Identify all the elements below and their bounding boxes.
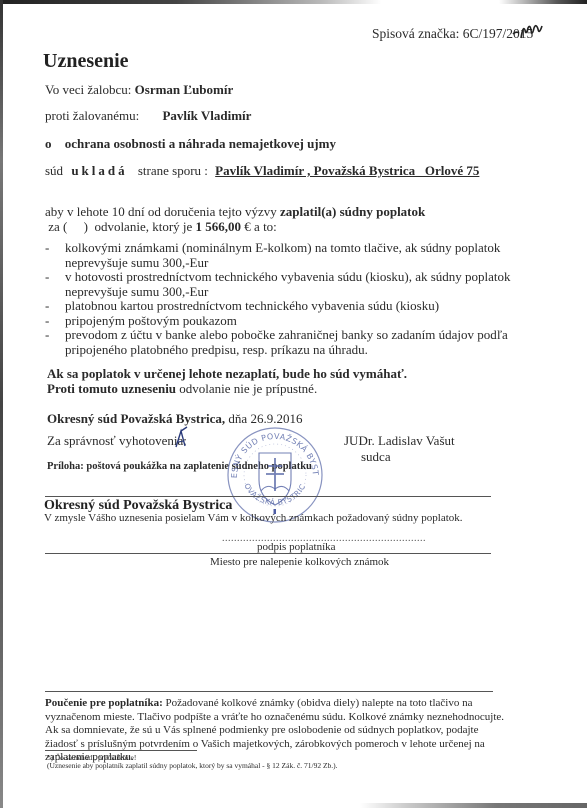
list-dash: - <box>45 270 49 285</box>
scan-edge-left <box>0 0 3 808</box>
defendant-name: Pavlík Vladimír <box>162 108 251 123</box>
appeal-notice: Proti tomuto uzneseniu odvolanie nie je … <box>47 381 317 397</box>
svg-text:OKRESNÝ SÚD POVAŽSKÁ BYSTRICA: OKRESNÝ SÚD POVAŽSKÁ BYSTRICA <box>225 425 320 478</box>
stamp-placement-label: Miesto pre nalepenie kolkových známok <box>210 556 389 568</box>
handwritten-signature-icon <box>173 426 189 448</box>
defendant-label: proti žalovanému: <box>45 108 139 123</box>
list-dash: - <box>45 314 49 329</box>
payment-method-text: pripojeným poštovým poukazom <box>65 313 237 328</box>
divider <box>45 691 493 692</box>
para-text-3: € a to: <box>241 219 277 234</box>
seal-top-text: OKRESNÝ SÚD POVAŽSKÁ BYSTRICA <box>225 425 320 478</box>
appeal-bold: Proti tomuto uzneseniu <box>47 381 176 396</box>
court-seal-icon: OKRESNÝ SÚD POVAŽSKÁ BYSTRICA POVAŽSKÁ B… <box>225 425 325 525</box>
scan-edge-bottom <box>360 803 587 808</box>
court-party-label: strane sporu : <box>138 163 208 178</box>
payment-method-item: -v hotovosti prostredníctvom technického… <box>45 270 515 299</box>
court-verb: ukladá <box>71 163 127 178</box>
subject-text: ochrana osobnosti a náhrada nemajetkovej… <box>65 136 336 151</box>
fee-amount: 1 566,00 <box>196 219 242 234</box>
correctness-label: Za správnosť vyhotovenia: <box>47 433 187 449</box>
footnote-divider <box>45 750 197 751</box>
handwritten-initial-icon <box>512 22 544 42</box>
judge-name: JUDr. Ladislav Vašut <box>344 433 455 449</box>
court-party: Pavlík Vladimír , Považská Bystrica Orlo… <box>215 163 479 178</box>
file-reference: Spisová značka: 6C/197/2015 <box>372 26 533 42</box>
payment-method-text: kolkovými známkami (nominálnym E-kolkom)… <box>65 240 500 270</box>
payment-method-item: -pripojeným poštovým poukazom <box>45 314 515 329</box>
plaintiff-line: Vo veci žalobcu: Osrman Ľubomír <box>45 82 233 98</box>
notice-label: Poučenie pre poplatníka: <box>45 697 163 709</box>
payment-method-item: -platobnou kartou prostredníctvom techni… <box>45 299 515 314</box>
document-page: Spisová značka: 6C/197/2015 Uznesenie Vo… <box>0 0 587 808</box>
subject-prefix: o <box>45 136 52 151</box>
plaintiff-label: Vo veci žalobcu: <box>45 82 131 97</box>
payment-method-text: prevodom z účtu v banke alebo pobočke za… <box>65 327 508 357</box>
slip-statement: V zmysle Vášho uznesenia posielam Vám v … <box>44 512 463 524</box>
subject-line: o ochrana osobnosti a náhrada nemajetkov… <box>45 136 336 152</box>
court-prefix: súd <box>45 163 63 178</box>
court-name: Okresný súd Považská Bystrica, <box>47 411 225 426</box>
list-dash: - <box>45 328 49 343</box>
scan-edge-top <box>0 0 587 4</box>
list-dash: - <box>45 299 49 314</box>
judge-title: sudca <box>361 449 391 465</box>
payment-method-item: -kolkovými známkami (nominálnym E-kolkom… <box>45 241 515 270</box>
para-text-1: aby v lehote 10 dní od doručenia tejto v… <box>45 204 280 219</box>
issue-date: dňa 26.9.2016 <box>225 411 302 426</box>
payment-instruction-paragraph: aby v lehote 10 dní od doručenia tejto v… <box>45 204 515 234</box>
para-text-2: za ( ) odvolanie, ktorý je <box>45 219 196 234</box>
defendant-line: proti žalovanému: Pavlík Vladimír <box>45 108 251 124</box>
list-dash: - <box>45 241 49 256</box>
appeal-rest: odvolanie nie je prípustné. <box>176 381 317 396</box>
payment-method-text: v hotovosti prostredníctvom technického … <box>65 269 511 299</box>
payment-methods-list: -kolkovými známkami (nominálnym E-kolkom… <box>45 241 515 357</box>
divider <box>45 496 491 497</box>
court-order-line: súd ukladá strane sporu : Pavlík Vladimí… <box>45 163 479 179</box>
para-bold-fee: zaplatil(a) súdny poplatok <box>280 204 425 219</box>
plaintiff-name: Osrman Ľubomír <box>135 82 234 97</box>
signature-label: podpis poplatníka <box>257 541 336 553</box>
payment-method-item: -prevodom z účtu v banke alebo pobočke z… <box>45 328 515 357</box>
payment-method-text: platobnou kartou prostredníctvom technic… <box>65 298 439 313</box>
footnote-legal-reference: (Uznesenie aby poplatník zaplatil súdny … <box>47 761 338 770</box>
enforcement-warning: Ak sa poplatok v určenej lehote nezaplat… <box>47 366 407 382</box>
divider <box>45 553 491 554</box>
document-title: Uznesenie <box>43 50 129 73</box>
